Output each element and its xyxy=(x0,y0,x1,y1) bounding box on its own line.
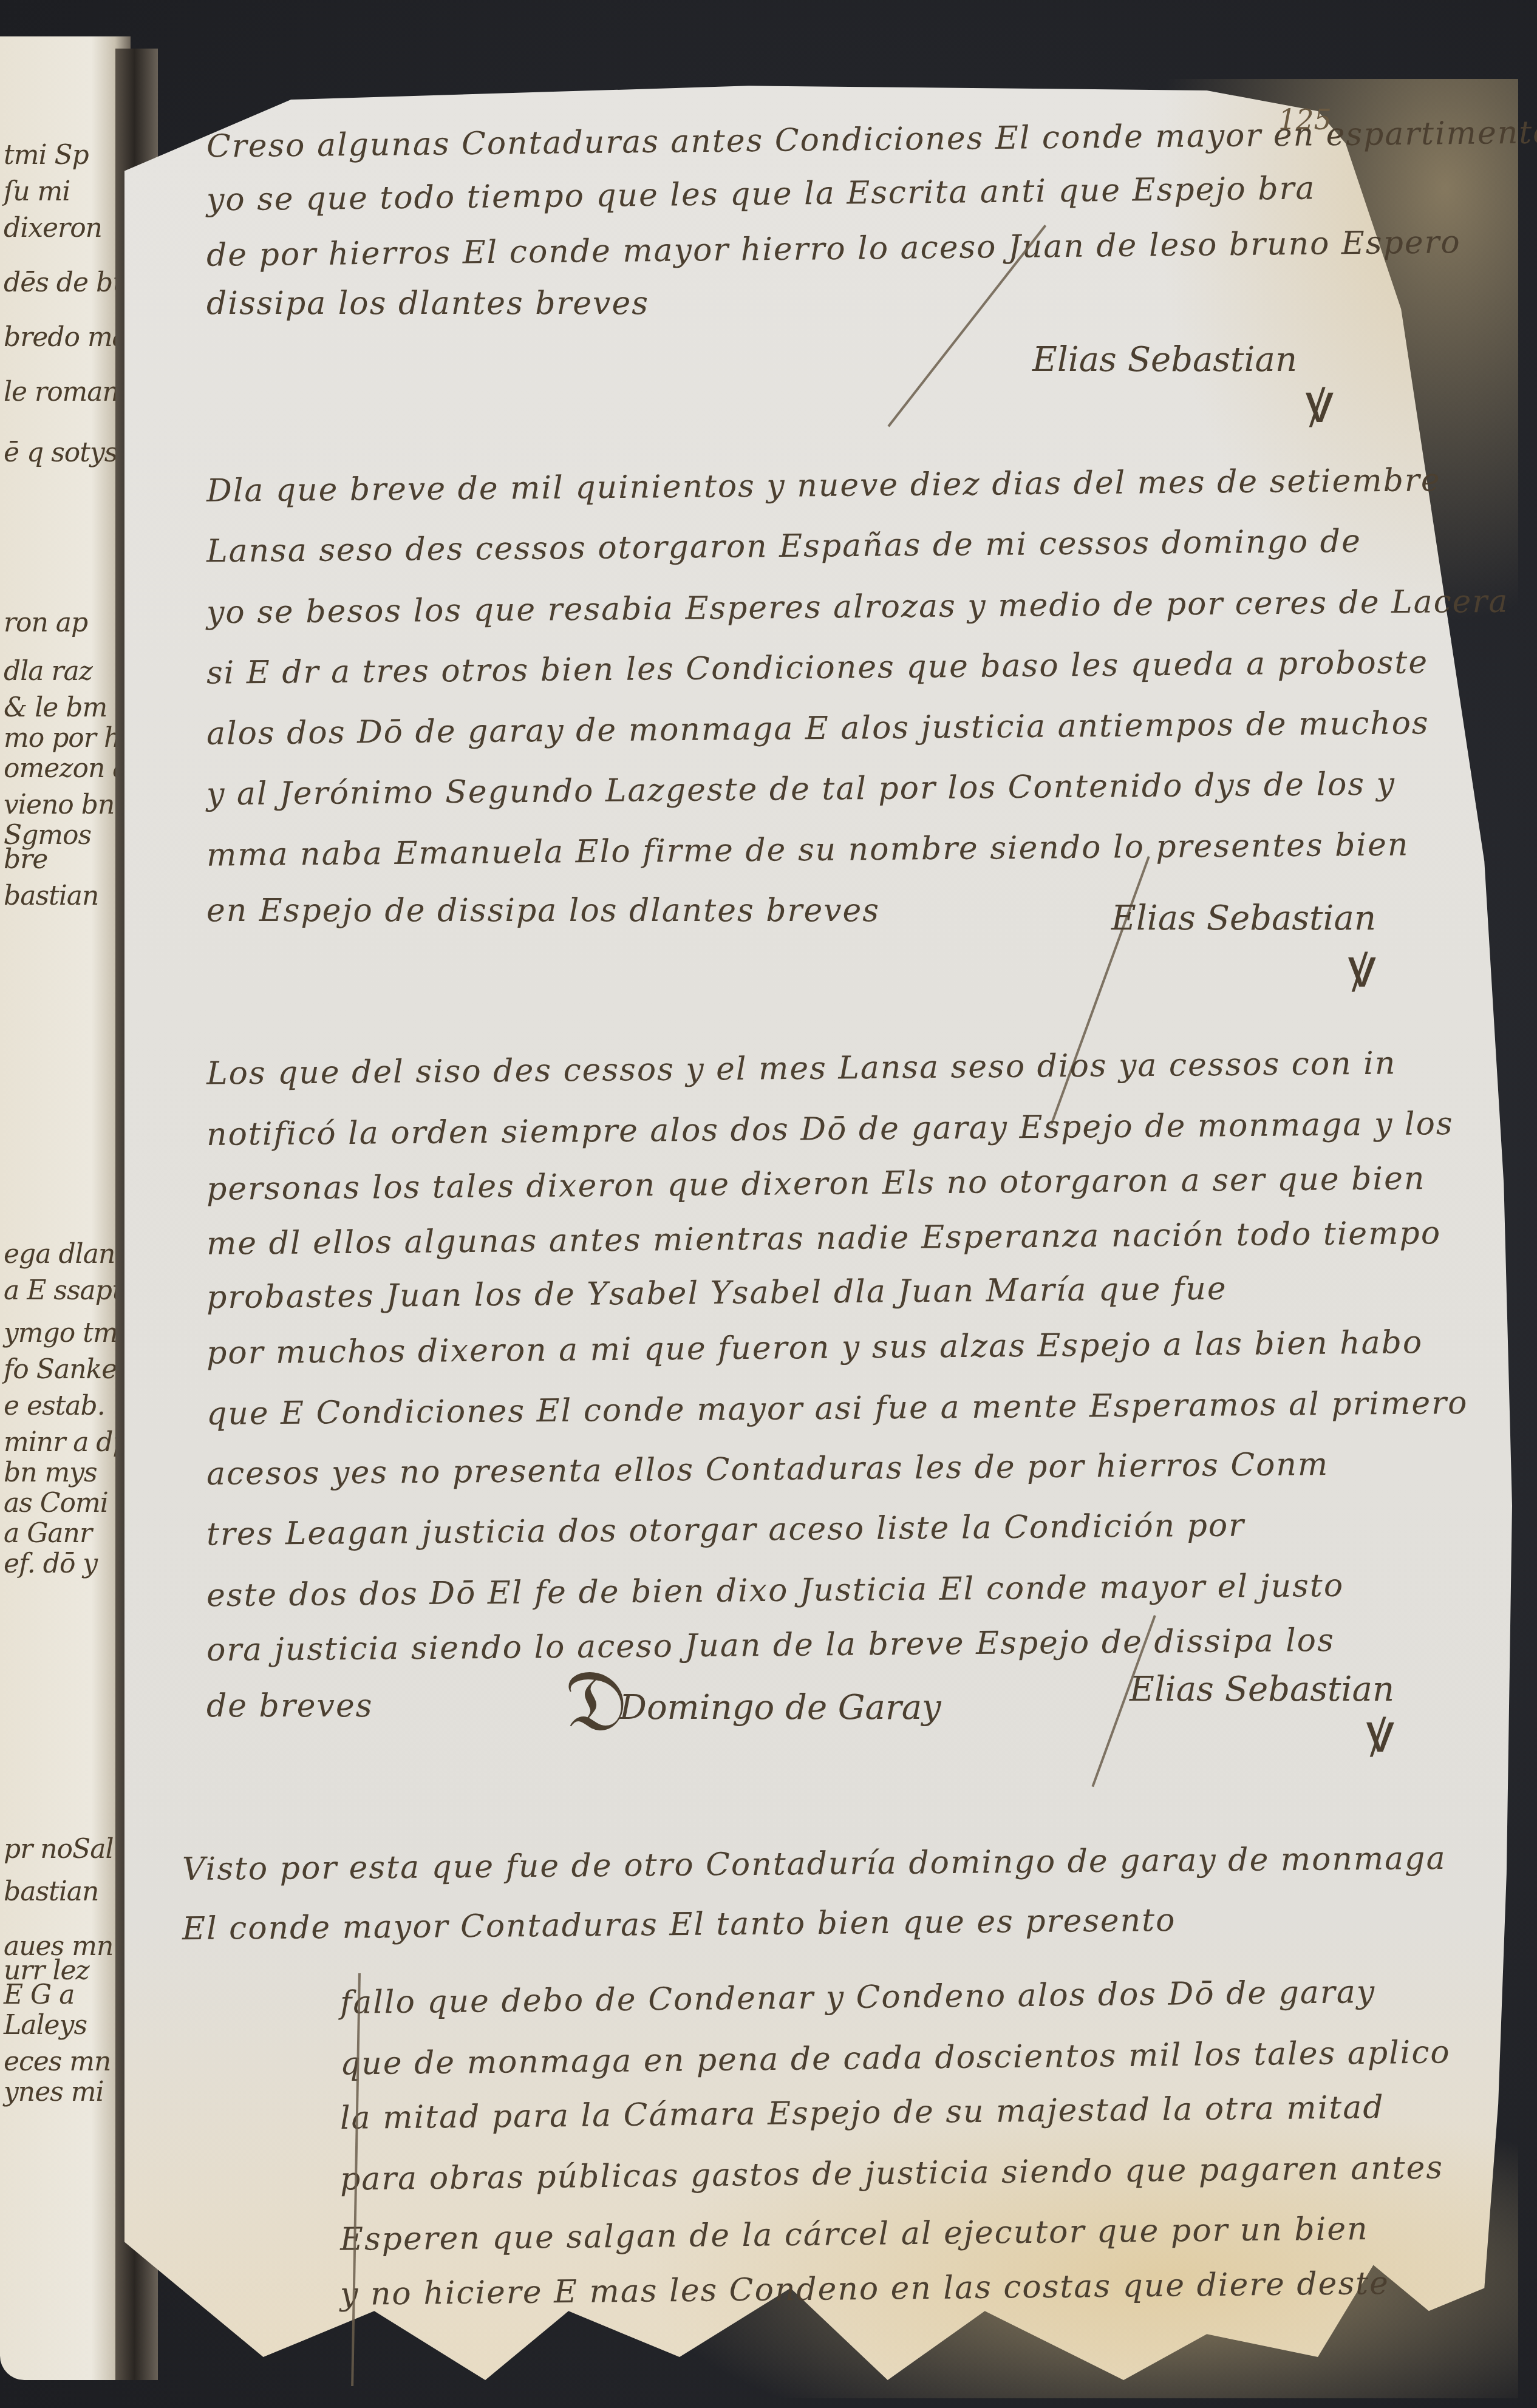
left-page-line: a Ganr xyxy=(4,1518,92,1549)
left-page-line: bn mys xyxy=(4,1457,97,1488)
left-page-line: mo por ht xyxy=(4,723,131,753)
left-page-line: ſu mi xyxy=(4,176,70,207)
signature-rubric: ꝟ xyxy=(1366,1694,1394,1768)
text-line: en Espejo de dissipa los dlantes breves xyxy=(206,893,880,929)
signature-elias-sebastian: Elias Sebastian xyxy=(1032,340,1297,379)
left-page-line: bastian xyxy=(4,880,98,911)
signature-domingo-de-garay: Domingo de Garay xyxy=(619,1688,941,1727)
left-page-line: ynes mi xyxy=(4,2076,104,2107)
left-page-line: ron ap xyxy=(4,607,87,638)
left-page-fragment: tmi Sp ſu mi dixeron dēs de bu bredo ma … xyxy=(0,36,131,2380)
left-page-line: a E ssapu xyxy=(4,1275,128,1306)
left-page-line: & le bm xyxy=(4,692,107,723)
left-page-line: omezon a xyxy=(4,753,128,784)
left-page-line: e estab. xyxy=(4,1390,105,1421)
left-page-line: dēs de bu xyxy=(4,267,129,298)
left-page-line: dixeron xyxy=(4,213,102,243)
left-page-line: pr noSal xyxy=(4,1834,113,1865)
signature-flourish: 𝔇 xyxy=(565,1651,628,1751)
left-page-line: bredo ma xyxy=(4,322,128,353)
text-line: de breves xyxy=(206,1688,373,1724)
left-page-line: vieno bn xyxy=(4,789,114,820)
left-page-line: ega dlant xyxy=(4,1239,125,1270)
left-page-line: as Comi xyxy=(4,1488,108,1519)
left-page-line: ē q sotys xyxy=(4,437,117,468)
left-page-line: E G a xyxy=(4,1979,74,2010)
signature-elias-sebastian: Elias Sebastian xyxy=(1130,1670,1394,1709)
left-page-line: dla raz xyxy=(4,656,92,687)
signature-rubric: ꝟ xyxy=(1348,929,1375,1003)
left-page-line: bre xyxy=(4,844,47,875)
left-page-line: ef. dō y xyxy=(4,1548,97,1579)
text-line: dissipa los dlantes breves xyxy=(206,285,649,322)
left-page-line: minr a dp xyxy=(4,1427,129,1458)
left-page-line: fo Sanke xyxy=(4,1354,117,1385)
left-page-line: Laleys xyxy=(4,2010,87,2041)
signature-rubric: ꝟ xyxy=(1306,364,1333,438)
left-page-line: tmi Sp xyxy=(4,140,89,171)
left-page-line: bastian xyxy=(4,1876,98,1907)
signature-elias-sebastian: Elias Sebastian xyxy=(1111,899,1376,938)
left-page-line: ymgo tm xyxy=(4,1318,118,1349)
left-page-line: eces mn xyxy=(4,2046,111,2077)
